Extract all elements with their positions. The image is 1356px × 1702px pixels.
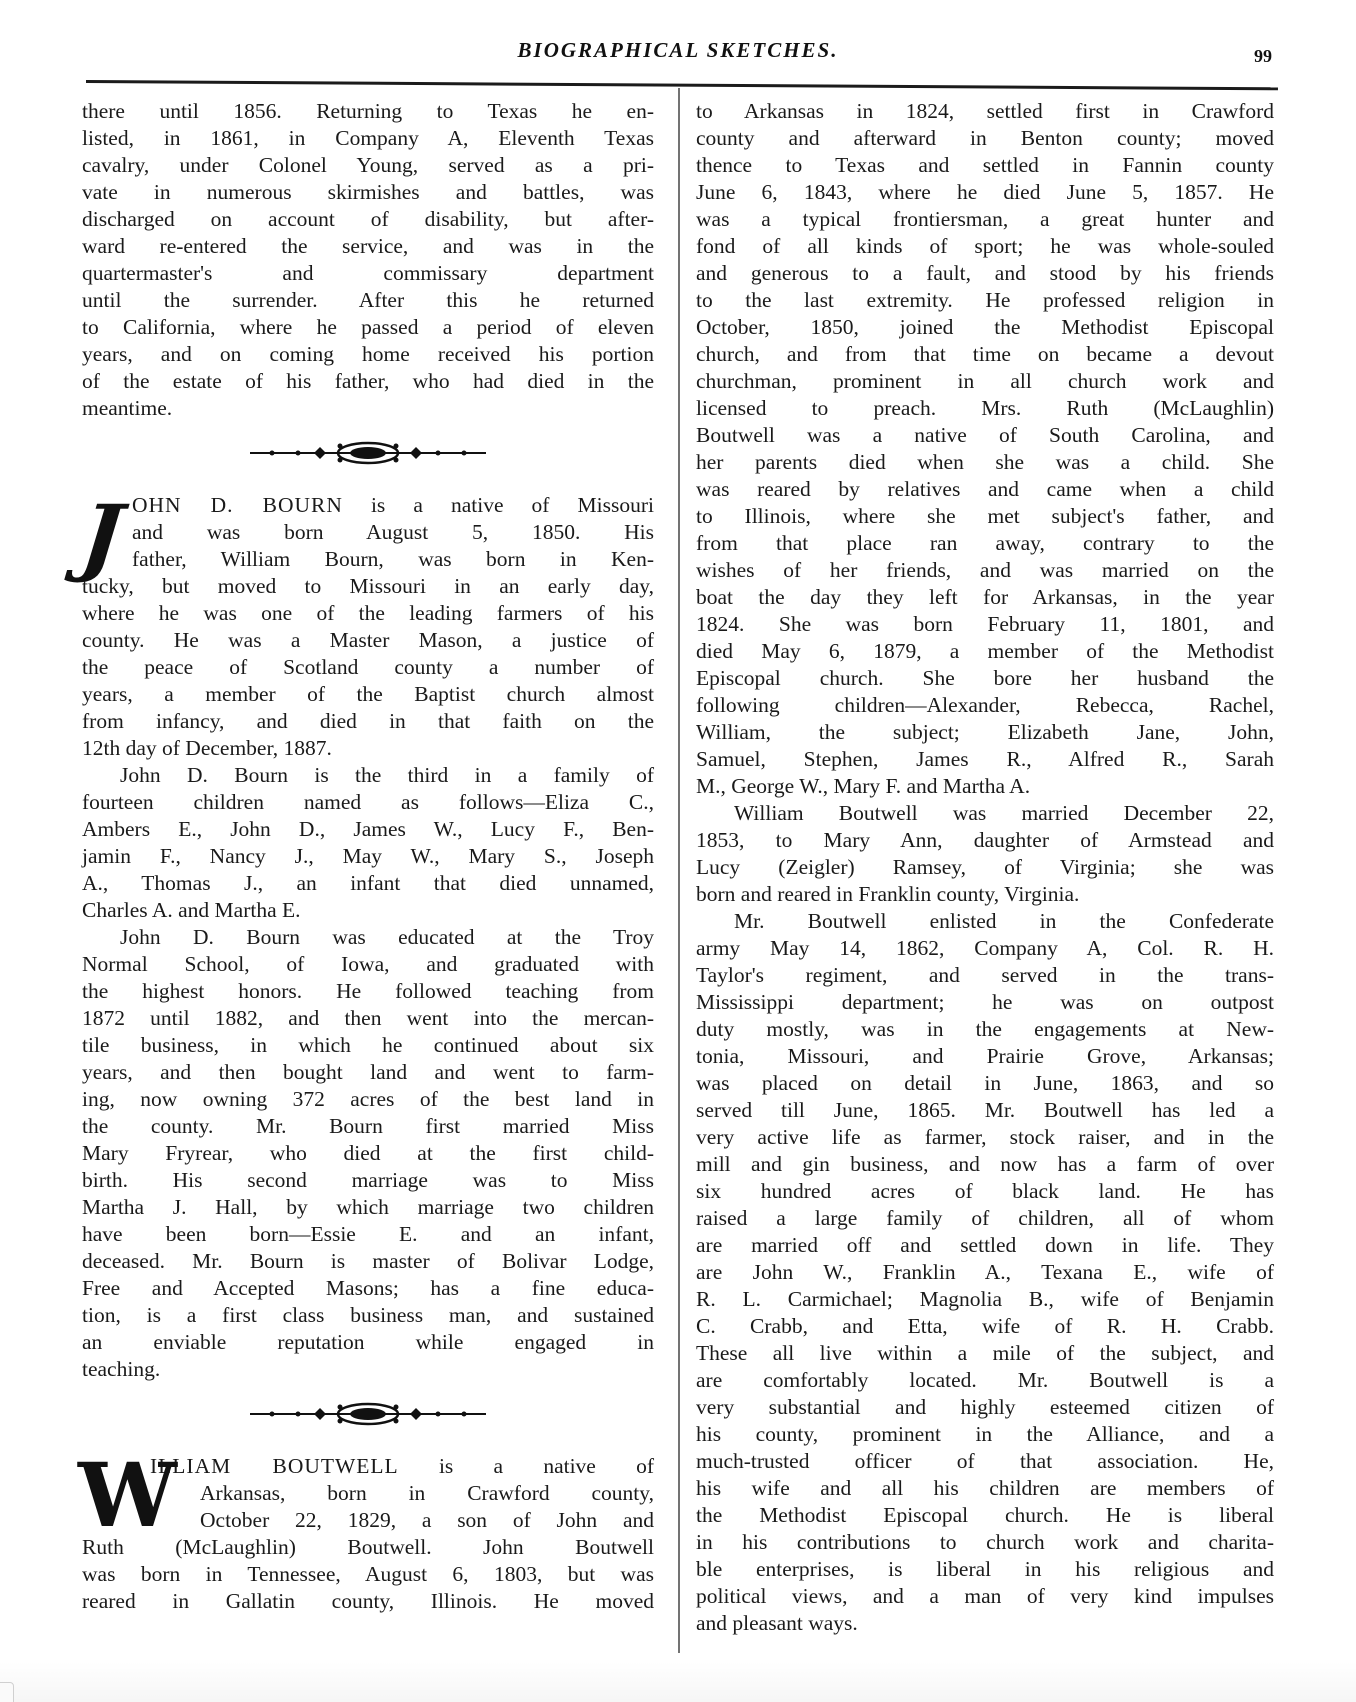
text-line: are married off and settled down in life… <box>696 1232 1274 1259</box>
text-line: ble enterprises, is liberal in his relig… <box>696 1556 1274 1583</box>
right-column: to Arkansas in 1824, settled first in Cr… <box>696 98 1274 1637</box>
left-column: there until 1856. Returning to Texas he … <box>82 98 654 1615</box>
text-line: Free and Accepted Masons; has a fine edu… <box>82 1275 654 1302</box>
column-divider <box>678 88 680 1653</box>
text-line: are comfortably located. Mr. Boutwell is… <box>696 1367 1274 1394</box>
text-line: was reared by relatives and came when a … <box>696 476 1274 503</box>
text-line: churchman, prominent in all church work … <box>696 368 1274 395</box>
text-line: his county, prominent in the Alliance, a… <box>696 1421 1274 1448</box>
text-line: his wife and all his children are member… <box>696 1475 1274 1502</box>
text-line: ing, now owning 372 acres of the best la… <box>82 1086 654 1113</box>
text-line: mill and gin business, and now has a far… <box>696 1151 1274 1178</box>
text-line: county. He was a Master Mason, a justice… <box>82 627 654 654</box>
text-line: there until 1856. Returning to Texas he … <box>82 98 654 125</box>
entry-john-d-bourn: J OHN D. BOURN is a native of Missouri a… <box>82 492 654 1383</box>
boutwell-paragraph-service: Mr. Boutwell enlisted in the Confederate… <box>696 908 1274 1637</box>
text-line: served till June, 1865. Mr. Boutwell has… <box>696 1097 1274 1124</box>
subject-name: ILLIAM BOUTWELL <box>150 1454 399 1478</box>
text-line: Charles A. and Martha E. <box>82 897 654 924</box>
text-line: was born in Tennessee, August 6, 1803, b… <box>82 1561 654 1588</box>
text-line: boat the day they left for Arkansas, in … <box>696 584 1274 611</box>
continuation-paragraph: there until 1856. Returning to Texas he … <box>82 98 654 422</box>
text-line: wishes of her friends, and was married o… <box>696 557 1274 584</box>
drop-cap-w: W <box>78 1455 177 1535</box>
text-line: an enviable reputation while engaged in <box>82 1329 654 1356</box>
text-line: and generous to a fault, and stood by hi… <box>696 260 1274 287</box>
text-line: to the last extremity. He professed reli… <box>696 287 1274 314</box>
text-line: the highest honors. He followed teaching… <box>82 978 654 1005</box>
text-line: fourteen children named as follows—Eliza… <box>82 789 654 816</box>
text-line: June 6, 1843, where he died June 5, 1857… <box>696 179 1274 206</box>
text-line: deceased. Mr. Bourn is master of Bolivar… <box>82 1248 654 1275</box>
text-line: Martha J. Hall, by which marriage two ch… <box>82 1194 654 1221</box>
text-line: years, and on coming home received his p… <box>82 341 654 368</box>
text-line: county and afterward in Benton county; m… <box>696 125 1274 152</box>
text-line: Lucy (Zeigler) Ramsey, of Virginia; she … <box>696 854 1274 881</box>
text-line: from that place ran away, contrary to th… <box>696 530 1274 557</box>
text-line: Samuel, Stephen, James R., Alfred R., Sa… <box>696 746 1274 773</box>
entry-william-boutwell: W ILLIAM BOUTWELL is a native of Arkansa… <box>82 1453 654 1615</box>
text-line: William Boutwell was married December 22… <box>696 800 1274 827</box>
text-line: until the surrender. After this he retur… <box>82 287 654 314</box>
text-line: years, a member of the Baptist church al… <box>82 681 654 708</box>
text-line: very substantial and highly esteemed cit… <box>696 1394 1274 1421</box>
text-line: following children—Alexander, Rebecca, R… <box>696 692 1274 719</box>
text-line: and pleasant ways. <box>696 1610 1274 1637</box>
text-line: Mississippi department; he was on outpos… <box>696 989 1274 1016</box>
text-line: Episcopal church. She bore her husband t… <box>696 665 1274 692</box>
text-line: birth. His second marriage was to Miss <box>82 1167 654 1194</box>
text-line: thence to Texas and settled in Fannin co… <box>696 152 1274 179</box>
text-line: These all live within a mile of the subj… <box>696 1340 1274 1367</box>
text-line: A., Thomas J., an infant that died unnam… <box>82 870 654 897</box>
text-line: tucky, but moved to Missouri in an early… <box>82 573 654 600</box>
text-line: and was born August 5, 1850. His <box>82 519 654 546</box>
text-line: tion, is a first class business man, and… <box>82 1302 654 1329</box>
text-line: October, 1850, joined the Methodist Epis… <box>696 314 1274 341</box>
text-line: listed, in 1861, in Company A, Eleventh … <box>82 125 654 152</box>
text-line: John D. Bourn is the third in a family o… <box>82 762 654 789</box>
drop-cap-j: J <box>78 494 127 578</box>
header-rule <box>86 80 1278 90</box>
boutwell-paragraph-family: to Arkansas in 1824, settled first in Cr… <box>696 98 1274 800</box>
text-line: have been born—Essie E. and an infant, <box>82 1221 654 1248</box>
viewer-corner-tab[interactable] <box>0 1682 14 1702</box>
text-line: the Methodist Episcopal church. He is li… <box>696 1502 1274 1529</box>
text-line: was a typical frontiersman, a great hunt… <box>696 206 1274 233</box>
page-number: 99 <box>1254 46 1272 67</box>
text-line: quartermaster's and commissary departmen… <box>82 260 654 287</box>
text-line: born and reared in Franklin county, Virg… <box>696 881 1274 908</box>
text-line: teaching. <box>82 1356 654 1383</box>
text-line: discharged on account of disability, but… <box>82 206 654 233</box>
text-line: army May 14, 1862, Company A, Col. R. H. <box>696 935 1274 962</box>
text-line: the peace of Scotland county a number of <box>82 654 654 681</box>
text-line: church, and from that time on became a d… <box>696 341 1274 368</box>
text-line: Taylor's regiment, and served in the tra… <box>696 962 1274 989</box>
text-line: died May 6, 1879, a member of the Method… <box>696 638 1274 665</box>
text-line: M., George W., Mary F. and Martha A. <box>696 773 1274 800</box>
text-line: duty mostly, was in the engagements at N… <box>696 1016 1274 1043</box>
running-head: BIOGRAPHICAL SKETCHES. 99 <box>0 38 1356 68</box>
text-line: years, and then bought land and went to … <box>82 1059 654 1086</box>
text-line: to California, where he passed a period … <box>82 314 654 341</box>
text-line: 1872 until 1882, and then went into the … <box>82 1005 654 1032</box>
boutwell-paragraph-marriage: William Boutwell was married December 22… <box>696 800 1274 908</box>
text-line: six hundred acres of black land. He has <box>696 1178 1274 1205</box>
text-line: 1853, to Mary Ann, daughter of Armstead … <box>696 827 1274 854</box>
text-line: the county. Mr. Bourn first married Miss <box>82 1113 654 1140</box>
text-line: in his contributions to church work and … <box>696 1529 1274 1556</box>
text-line: Mr. Boutwell enlisted in the Confederate <box>696 908 1274 935</box>
text-line: William, the subject; Elizabeth Jane, Jo… <box>696 719 1274 746</box>
text-line: cavalry, under Colonel Young, served as … <box>82 152 654 179</box>
book-page: BIOGRAPHICAL SKETCHES. 99 there until 18… <box>0 0 1356 1702</box>
text-line: John D. Bourn was educated at the Troy <box>82 924 654 951</box>
text-line: fond of all kinds of sport; he was whole… <box>696 233 1274 260</box>
text-line: 12th day of December, 1887. <box>82 735 654 762</box>
text-line: Boutwell was a native of South Carolina,… <box>696 422 1274 449</box>
page-bottom-margin <box>0 1662 1356 1702</box>
text-line: to Arkansas in 1824, settled first in Cr… <box>696 98 1274 125</box>
text-line: vate in numerous skirmishes and battles,… <box>82 179 654 206</box>
text-line: tile business, in which he continued abo… <box>82 1032 654 1059</box>
text-line: 1824. She was born February 11, 1801, an… <box>696 611 1274 638</box>
text-line: licensed to preach. Mrs. Ruth (McLaughli… <box>696 395 1274 422</box>
text-line: of the estate of his father, who had die… <box>82 368 654 395</box>
scroll-ornament-icon <box>248 440 488 466</box>
text-line: very active life as farmer, stock raiser… <box>696 1124 1274 1151</box>
text-line: raised a large family of children, all o… <box>696 1205 1274 1232</box>
text-line: C. Crabb, and Etta, wife of R. H. Crabb. <box>696 1313 1274 1340</box>
text-line: Normal School, of Iowa, and graduated wi… <box>82 951 654 978</box>
text-line: where he was one of the leading farmers … <box>82 600 654 627</box>
text-line: her parents died when she was a child. S… <box>696 449 1274 476</box>
text-line: father, William Bourn, was born in Ken- <box>82 546 654 573</box>
text-line: Mary Fryrear, who died at the first chil… <box>82 1140 654 1167</box>
text-line: was placed on detail in June, 1863, and … <box>696 1070 1274 1097</box>
text-line: reared in Gallatin county, Illinois. He … <box>82 1588 654 1615</box>
text-line: meantime. <box>82 395 654 422</box>
text-line: much-trusted officer of that association… <box>696 1448 1274 1475</box>
text-line: to Illinois, where she met subject's fat… <box>696 503 1274 530</box>
text-line: are John W., Franklin A., Texana E., wif… <box>696 1259 1274 1286</box>
text-line: from infancy, and died in that faith on … <box>82 708 654 735</box>
running-title: BIOGRAPHICAL SKETCHES. <box>0 38 1356 63</box>
text-line: ward re-entered the service, and was in … <box>82 233 654 260</box>
text-line: tonia, Missouri, and Prairie Grove, Arka… <box>696 1043 1274 1070</box>
scroll-ornament-icon <box>248 1401 488 1427</box>
text-line: OHN D. BOURN is a native of Missouri <box>82 492 654 519</box>
subject-name: OHN D. BOURN <box>132 493 343 517</box>
text-line: political views, and a man of very kind … <box>696 1583 1274 1610</box>
text-line: jamin F., Nancy J., May W., Mary S., Jos… <box>82 843 654 870</box>
text-line: R. L. Carmichael; Magnolia B., wife of B… <box>696 1286 1274 1313</box>
text-line: Ambers E., John D., James W., Lucy F., B… <box>82 816 654 843</box>
section-ornament <box>82 422 654 492</box>
